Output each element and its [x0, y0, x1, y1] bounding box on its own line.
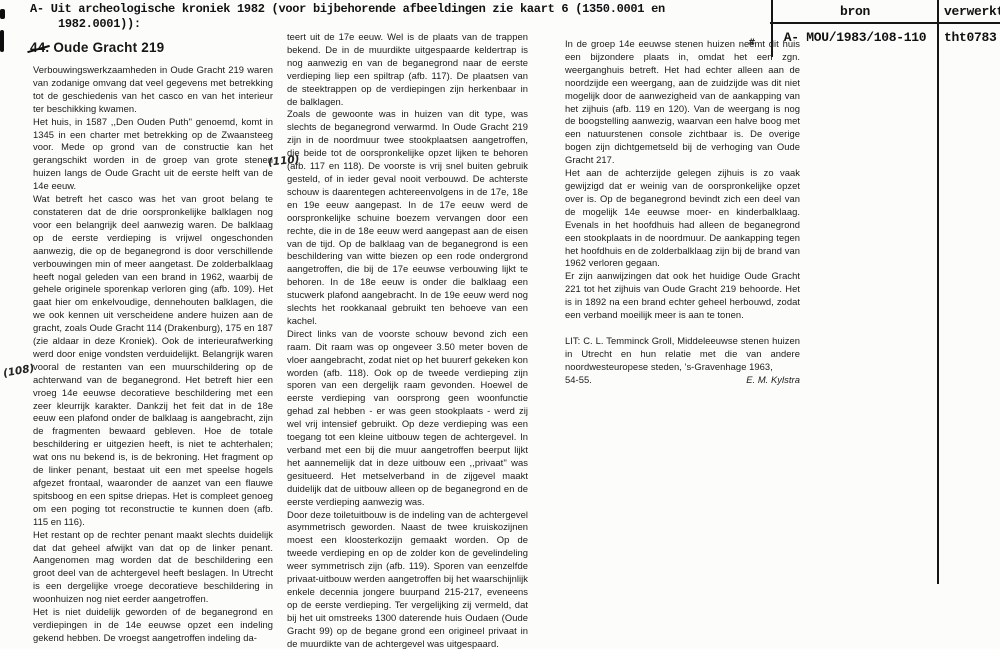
table-header-verwerkt: verwerkt	[944, 4, 1000, 19]
handwritten-hash-mark: #	[748, 38, 756, 48]
text-column-1: Verbouwingswerkzaamheden in Oude Gracht …	[33, 64, 273, 645]
paragraph: Er zijn aanwijzingen dat ook het huidige…	[565, 270, 800, 322]
paragraph: Het restant op de rechter penant maakt s…	[33, 529, 273, 606]
table-column-divider	[937, 0, 939, 584]
text-column-3: In de groep 14e eeuwse stenen huizen nee…	[565, 38, 800, 387]
table-value-verwerkt: tht0783	[944, 30, 997, 45]
table-header-underline	[770, 22, 1000, 24]
paragraph: In de groep 14e eeuwse stenen huizen nee…	[565, 38, 800, 167]
scanned-document-page: A- Uit archeologische kroniek 1982 (voor…	[0, 0, 1000, 649]
header-note-line2: 1982.0001)):	[58, 17, 141, 31]
paragraph: Wat betreft het casco was het van groot …	[33, 193, 273, 529]
paragraph: Het huis, in 1587 ,,Den Ouden Puth'' gen…	[33, 116, 273, 193]
paragraph: Direct links van de voorste schouw bevon…	[287, 328, 528, 509]
literature-last-line: 54-55. E. M. Kylstra	[565, 374, 800, 387]
paragraph: Het aan de achterzijde gelegen zijhuis i…	[565, 167, 800, 270]
text-column-2: teert uit de 17e eeuw. Wel is de plaats …	[287, 31, 528, 649]
scan-artifact	[0, 30, 4, 52]
scan-artifact	[0, 9, 5, 19]
paragraph: Door deze toiletuitbouw is de indeling v…	[287, 509, 528, 649]
literature-pages: 54-55.	[565, 374, 592, 387]
paragraph: Zoals de gewoonte was in huizen van dit …	[287, 108, 528, 327]
table-header-bron: bron	[772, 4, 938, 19]
literature-reference: LIT: C. L. Temminck Groll, Middeleeuwse …	[565, 335, 800, 374]
paragraph: Het is niet duidelijk geworden of de beg…	[33, 606, 273, 645]
paragraph: Verbouwingswerkzaamheden in Oude Gracht …	[33, 64, 273, 116]
header-note-line1: A- Uit archeologische kroniek 1982 (voor…	[30, 2, 665, 16]
article-title: 44. Oude Gracht 219	[30, 40, 164, 55]
title-text: Oude Gracht 219	[53, 40, 164, 55]
handwritten-margin-note: (108)	[2, 362, 35, 379]
title-number-struck: 44.	[30, 40, 49, 55]
paragraph: teert uit de 17e eeuw. Wel is de plaats …	[287, 31, 528, 108]
author-signature: E. M. Kylstra	[746, 374, 800, 387]
